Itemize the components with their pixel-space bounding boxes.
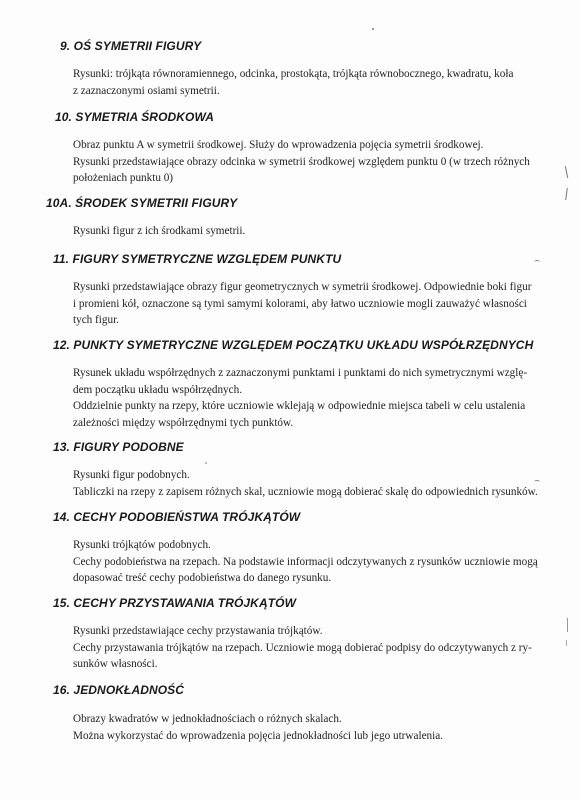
body-line: Rysunki trójkątów podobnych. bbox=[73, 537, 523, 554]
body-line: położeniach punktu 0) bbox=[73, 170, 523, 187]
body-line: tych figur. bbox=[73, 312, 523, 329]
body-line: dem początku układu współrzędnych. bbox=[73, 382, 523, 399]
section-heading: 14. CECHY PODOBIEŃSTWA TRÓJKĄTÓW bbox=[53, 510, 300, 524]
body-line: Oddzielnie punkty na rzepy, które ucznio… bbox=[73, 398, 523, 415]
section-heading: 10A. ŚRODEK SYMETRII FIGURY bbox=[46, 196, 237, 210]
section-heading: 13. FIGURY PODOBNE bbox=[53, 440, 184, 454]
section-body: Rysunki figur z ich środkami symetrii. bbox=[73, 223, 523, 240]
section-heading: 11. FIGURY SYMETRYCZNE WZGLĘDEM PUNKTU bbox=[53, 252, 341, 266]
scan-artifact-mark bbox=[565, 188, 568, 200]
body-line: Rysunki przedstawiające obrazy figur geo… bbox=[73, 279, 523, 296]
body-line: Rysunki przedstawiające obrazy odcinka w… bbox=[73, 154, 523, 171]
body-line: sunków własności. bbox=[73, 656, 523, 673]
body-line: Obrazy kwadratów w jednokładnościach o r… bbox=[73, 711, 523, 728]
scan-artifact-mark bbox=[566, 640, 567, 646]
section-body: Rysunki przedstawiające obrazy figur geo… bbox=[73, 279, 523, 329]
body-line: Obraz punktu A w symetrii środkowej. Słu… bbox=[73, 137, 523, 154]
body-line: z zaznaczonymi osiami symetrii. bbox=[73, 83, 523, 100]
scan-artifact-mark bbox=[534, 260, 540, 264]
section-heading: 9. OŚ SYMETRII FIGURY bbox=[60, 39, 201, 53]
body-line: Rysunek układu współrzędnych z zaznaczon… bbox=[73, 365, 523, 382]
scan-artifact-dot bbox=[205, 462, 207, 464]
section-heading: 12. PUNKTY SYMETRYCZNE WZGLĘDEM POCZĄTKU… bbox=[53, 338, 533, 352]
body-line: Rysunki przedstawiające cechy przystawan… bbox=[73, 623, 523, 640]
body-line: Rysunki figur podobnych. bbox=[73, 467, 523, 484]
document-page: 9. OŚ SYMETRII FIGURY Rysunki: trójkąta … bbox=[0, 0, 580, 800]
section-heading: 16. JEDNOKŁADNOŚĆ bbox=[53, 683, 184, 697]
scan-artifact-dot bbox=[372, 28, 374, 30]
section-body: Rysunki: trójkąta równoramiennego, odcin… bbox=[73, 66, 523, 99]
body-line: Tabliczki na rzepy z zapisem różnych ska… bbox=[73, 484, 523, 501]
scan-artifact-mark bbox=[534, 480, 540, 484]
body-line: Rysunki figur z ich środkami symetrii. bbox=[73, 223, 523, 240]
scan-artifact-mark bbox=[565, 166, 568, 178]
section-body: Rysunek układu współrzędnych z zaznaczon… bbox=[73, 365, 523, 431]
body-line: Rysunki: trójkąta równoramiennego, odcin… bbox=[73, 66, 523, 83]
section-heading: 10. SYMETRIA ŚRODKOWA bbox=[55, 110, 214, 124]
body-line: dopasować treść cechy podobieństwa do da… bbox=[73, 570, 523, 587]
scan-artifact-mark bbox=[567, 618, 568, 632]
body-line: Cechy przystawania trójkątów na rzepach.… bbox=[73, 640, 523, 657]
section-body: Rysunki figur podobnych. Tabliczki na rz… bbox=[73, 467, 523, 500]
section-body: Rysunki trójkątów podobnych. Cechy podob… bbox=[73, 537, 523, 587]
body-line: zależności między współrzędnymi tych pun… bbox=[73, 415, 523, 432]
body-line: Można wykorzystać do wprowadzenia pojęci… bbox=[73, 728, 523, 745]
body-line: i promieni kół, oznaczone są tymi samymi… bbox=[73, 296, 523, 313]
body-line: Cechy podobieństwa na rzepach. Na podsta… bbox=[73, 554, 523, 571]
section-body: Rysunki przedstawiające cechy przystawan… bbox=[73, 623, 523, 673]
section-body: Obraz punktu A w symetrii środkowej. Słu… bbox=[73, 137, 523, 187]
section-heading: 15. CECHY PRZYSTAWANIA TRÓJKĄTÓW bbox=[53, 596, 296, 610]
section-body: Obrazy kwadratów w jednokładnościach o r… bbox=[73, 711, 523, 744]
